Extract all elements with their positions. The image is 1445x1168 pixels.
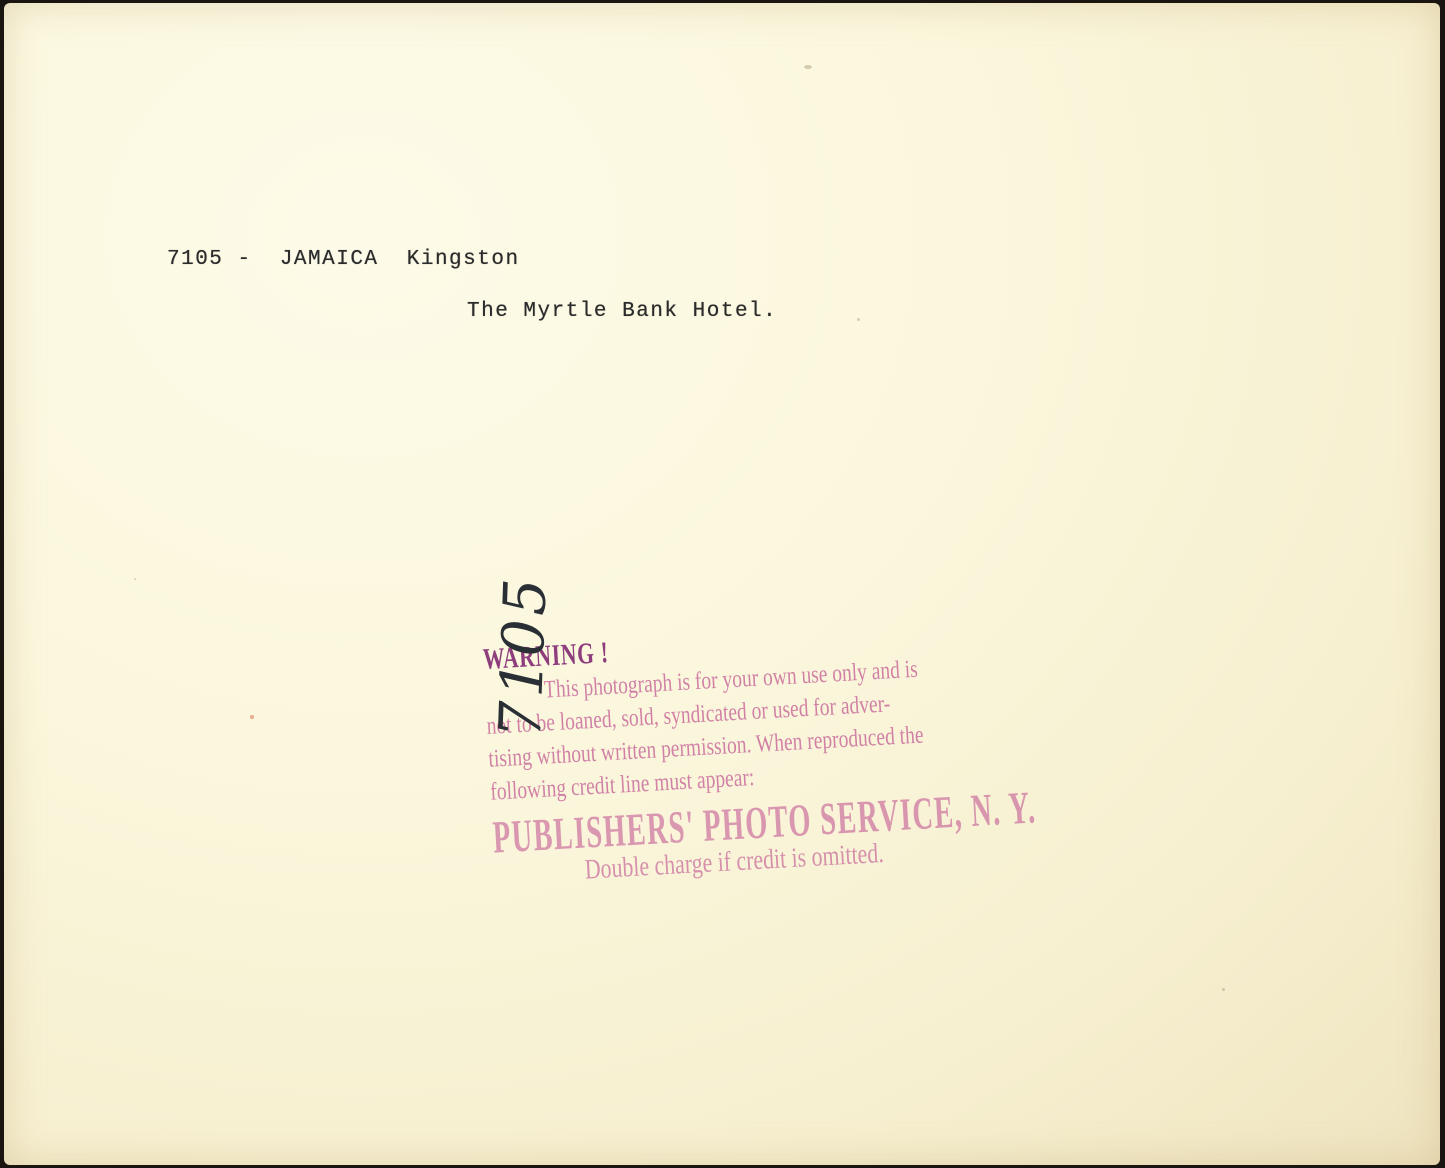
ink-speck: [857, 318, 860, 321]
copyright-stamp: WARNING ! This photograph is for your ow…: [482, 612, 1055, 892]
ink-speck: [804, 65, 812, 69]
ink-speck: [134, 578, 136, 580]
photo-back-card: 7105 - JAMAICA Kingston The Myrtle Bank …: [4, 3, 1440, 1165]
typed-caption-location: 7105 - JAMAICA Kingston: [167, 248, 520, 271]
ink-speck: [250, 715, 254, 719]
handwritten-number: 7105: [486, 567, 552, 739]
ink-speck: [1222, 988, 1225, 991]
typed-caption-title: The Myrtle Bank Hotel.: [467, 300, 777, 323]
